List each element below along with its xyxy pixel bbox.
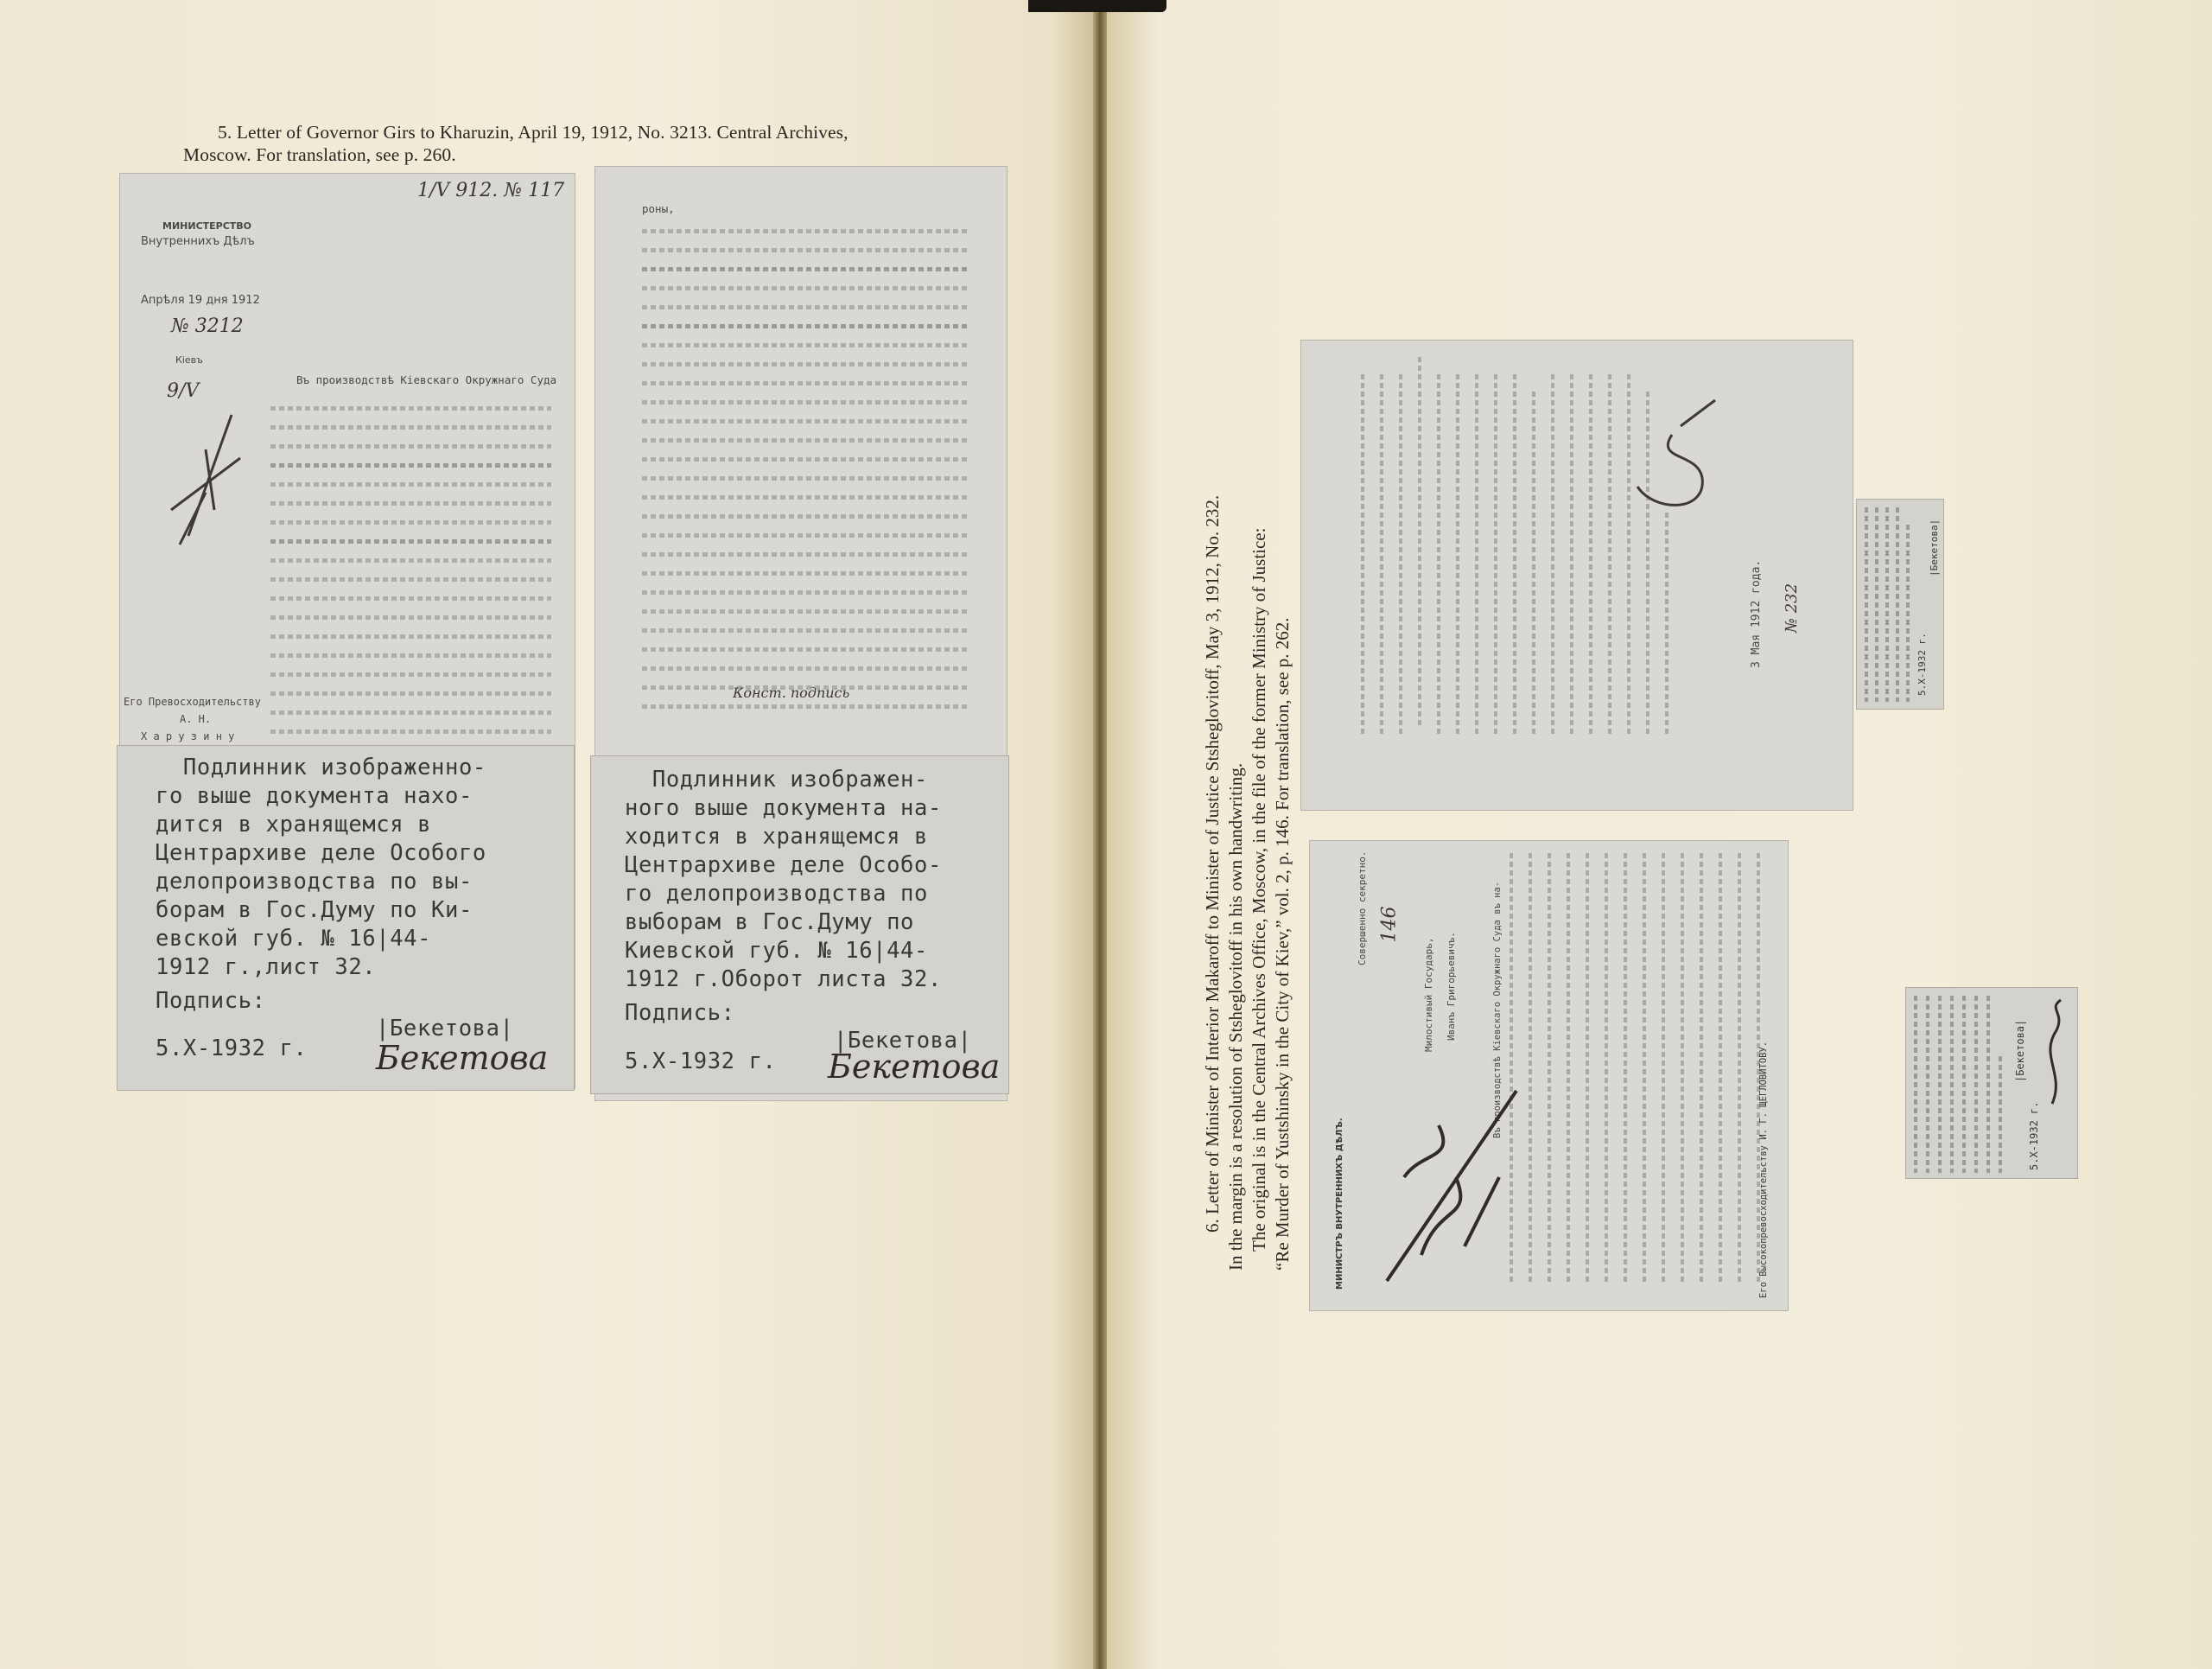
addressee-line-2: А. Н.: [180, 713, 211, 725]
note-line: 1912 г.Оборот листа 32.: [625, 965, 942, 994]
handwritten-resolution-icon: [1370, 1073, 1542, 1298]
figure-6-caption: 6. Letter of Minister of Interior Makaro…: [1201, 328, 1294, 1271]
letterhead: МИНИСТРЪ ВНУТРЕННИХЪ ДѢЛЪ.: [1335, 1118, 1344, 1290]
letterhead-ministry: МИНИСТЕРСТВО: [162, 220, 251, 232]
registry-handwritten: 1/V 912. № 117: [417, 180, 564, 201]
number-handwritten: № 3212: [171, 315, 244, 337]
note-line: ного выше документа на-: [625, 794, 942, 823]
note-line: Киевской губ. № 16|44-: [625, 937, 942, 965]
note-line: борам в Гос.Думу по Ки-: [156, 896, 486, 925]
typed-body-text: [642, 229, 970, 723]
number-handwritten: № 232: [1783, 583, 1801, 633]
caption-number: 5.: [218, 122, 232, 143]
page-number-handwritten: 146: [1379, 907, 1401, 943]
document-lower-photo: МИНИСТРЪ ВНУТРЕННИХЪ ДѢЛЪ. Совершенно се…: [1309, 840, 1789, 1311]
note-date: 5.X-1932 г.: [1916, 633, 1928, 696]
closing-signature: Конст. подпись: [733, 685, 849, 701]
caption-line-2: In the margin is a resolution of Stshegl…: [1224, 328, 1248, 1271]
signer-name: |Бекетова|: [2014, 1020, 2026, 1082]
caption-line-3: The original is in the Central Archives …: [1248, 328, 1271, 1271]
note-line: делопроизводства по вы-: [156, 868, 486, 896]
addressee: Его Высокопревосходительству И. Г. ЩЕГЛО…: [1758, 1042, 1769, 1298]
book-gutter: [1093, 0, 1107, 1669]
note-line: дится в хранящемся в: [156, 811, 486, 839]
date-line: 3 Мая 1912 года.: [1750, 560, 1763, 668]
archive-note-lower: 5.X-1932 г. |Бекетова|: [1905, 987, 2078, 1179]
addressee-line-3: Х а р у з и н у: [141, 730, 234, 742]
book-binding-edge: [1028, 0, 1166, 12]
signer-name: |Бекетова|: [1929, 519, 1940, 577]
handwritten-signature: Бекетова: [828, 1048, 1000, 1086]
caption-line-4: “Re Murder of Yustshinsky in the City of…: [1271, 328, 1294, 1271]
note-line: ходится в хранящемся в: [625, 823, 942, 851]
note-line: Центрархиве деле Особо-: [625, 851, 942, 880]
body-first-line: роны,: [642, 202, 675, 215]
archive-note-upper: 5.X-1932 г. |Бекетова|: [1856, 499, 1944, 710]
handwritten-signature: Бекетова: [376, 1039, 548, 1077]
caption-line-1: Letter of Governor Girs to Kharuzin, Apr…: [237, 122, 849, 143]
handwritten-resolution-icon: [1620, 392, 1732, 521]
note-line: Центрархиве деле Особого: [156, 839, 486, 868]
salutation-name: Иванъ Григорьевичъ.: [1446, 932, 1457, 1041]
letterhead-city: Кiевъ: [175, 354, 203, 366]
note-date: 5.X-1932 г.: [625, 1048, 776, 1076]
note-date: 5.X-1932 г.: [156, 1035, 307, 1063]
letterhead-dept: Внутреннихъ Дѣлъ: [141, 235, 255, 248]
caption-line-2: Moscow. For translation, see p. 260.: [183, 143, 961, 166]
caption-line-1: Letter of Minister of Interior Makaroff …: [1202, 495, 1223, 1214]
note-line: выборам в Гос.Думу по: [625, 908, 942, 937]
addressee-line-1: Его Превосходительству: [124, 696, 261, 708]
note-line: го делопроизводства по: [625, 880, 942, 908]
typed-body-text: [270, 406, 551, 787]
note-line: го выше документа нахо-: [156, 782, 486, 811]
handwritten-signature-icon: [2035, 996, 2074, 1108]
note-line: 1912 г.,лист 32.: [156, 953, 486, 982]
note-line: Подлинник изображен-: [625, 766, 942, 794]
handwritten-resolution-icon: [154, 406, 257, 562]
figure-5-caption: 5. Letter of Governor Girs to Kharuzin, …: [183, 121, 961, 166]
archive-note-1: Подлинник изображенно- го выше документа…: [117, 745, 575, 1091]
document-upper-photo: 3 Мая 1912 года. № 232: [1300, 340, 1853, 811]
date-line: Апрѣля 19 дня 1912: [141, 294, 260, 307]
signature-label: Подпись:: [156, 987, 266, 1016]
body-first-line: Въ производствѣ Кiевскаго Окружнаго Суда: [296, 373, 556, 386]
classification: Совершенно секретно.: [1357, 851, 1368, 965]
note-line: евской губ. № 16|44-: [156, 925, 486, 953]
note-line: Подлинник изображенно-: [156, 754, 486, 782]
archive-note-2: Подлинник изображен- ного выше документа…: [590, 755, 1009, 1094]
salutation: Милостивый Государь,: [1423, 938, 1434, 1052]
note-date: 5.X-1932 г.: [2028, 1102, 2040, 1170]
signature-label: Подпись:: [625, 999, 735, 1028]
marginal-note: 9/V: [167, 380, 199, 402]
caption-number: 6.: [1202, 1219, 1223, 1233]
